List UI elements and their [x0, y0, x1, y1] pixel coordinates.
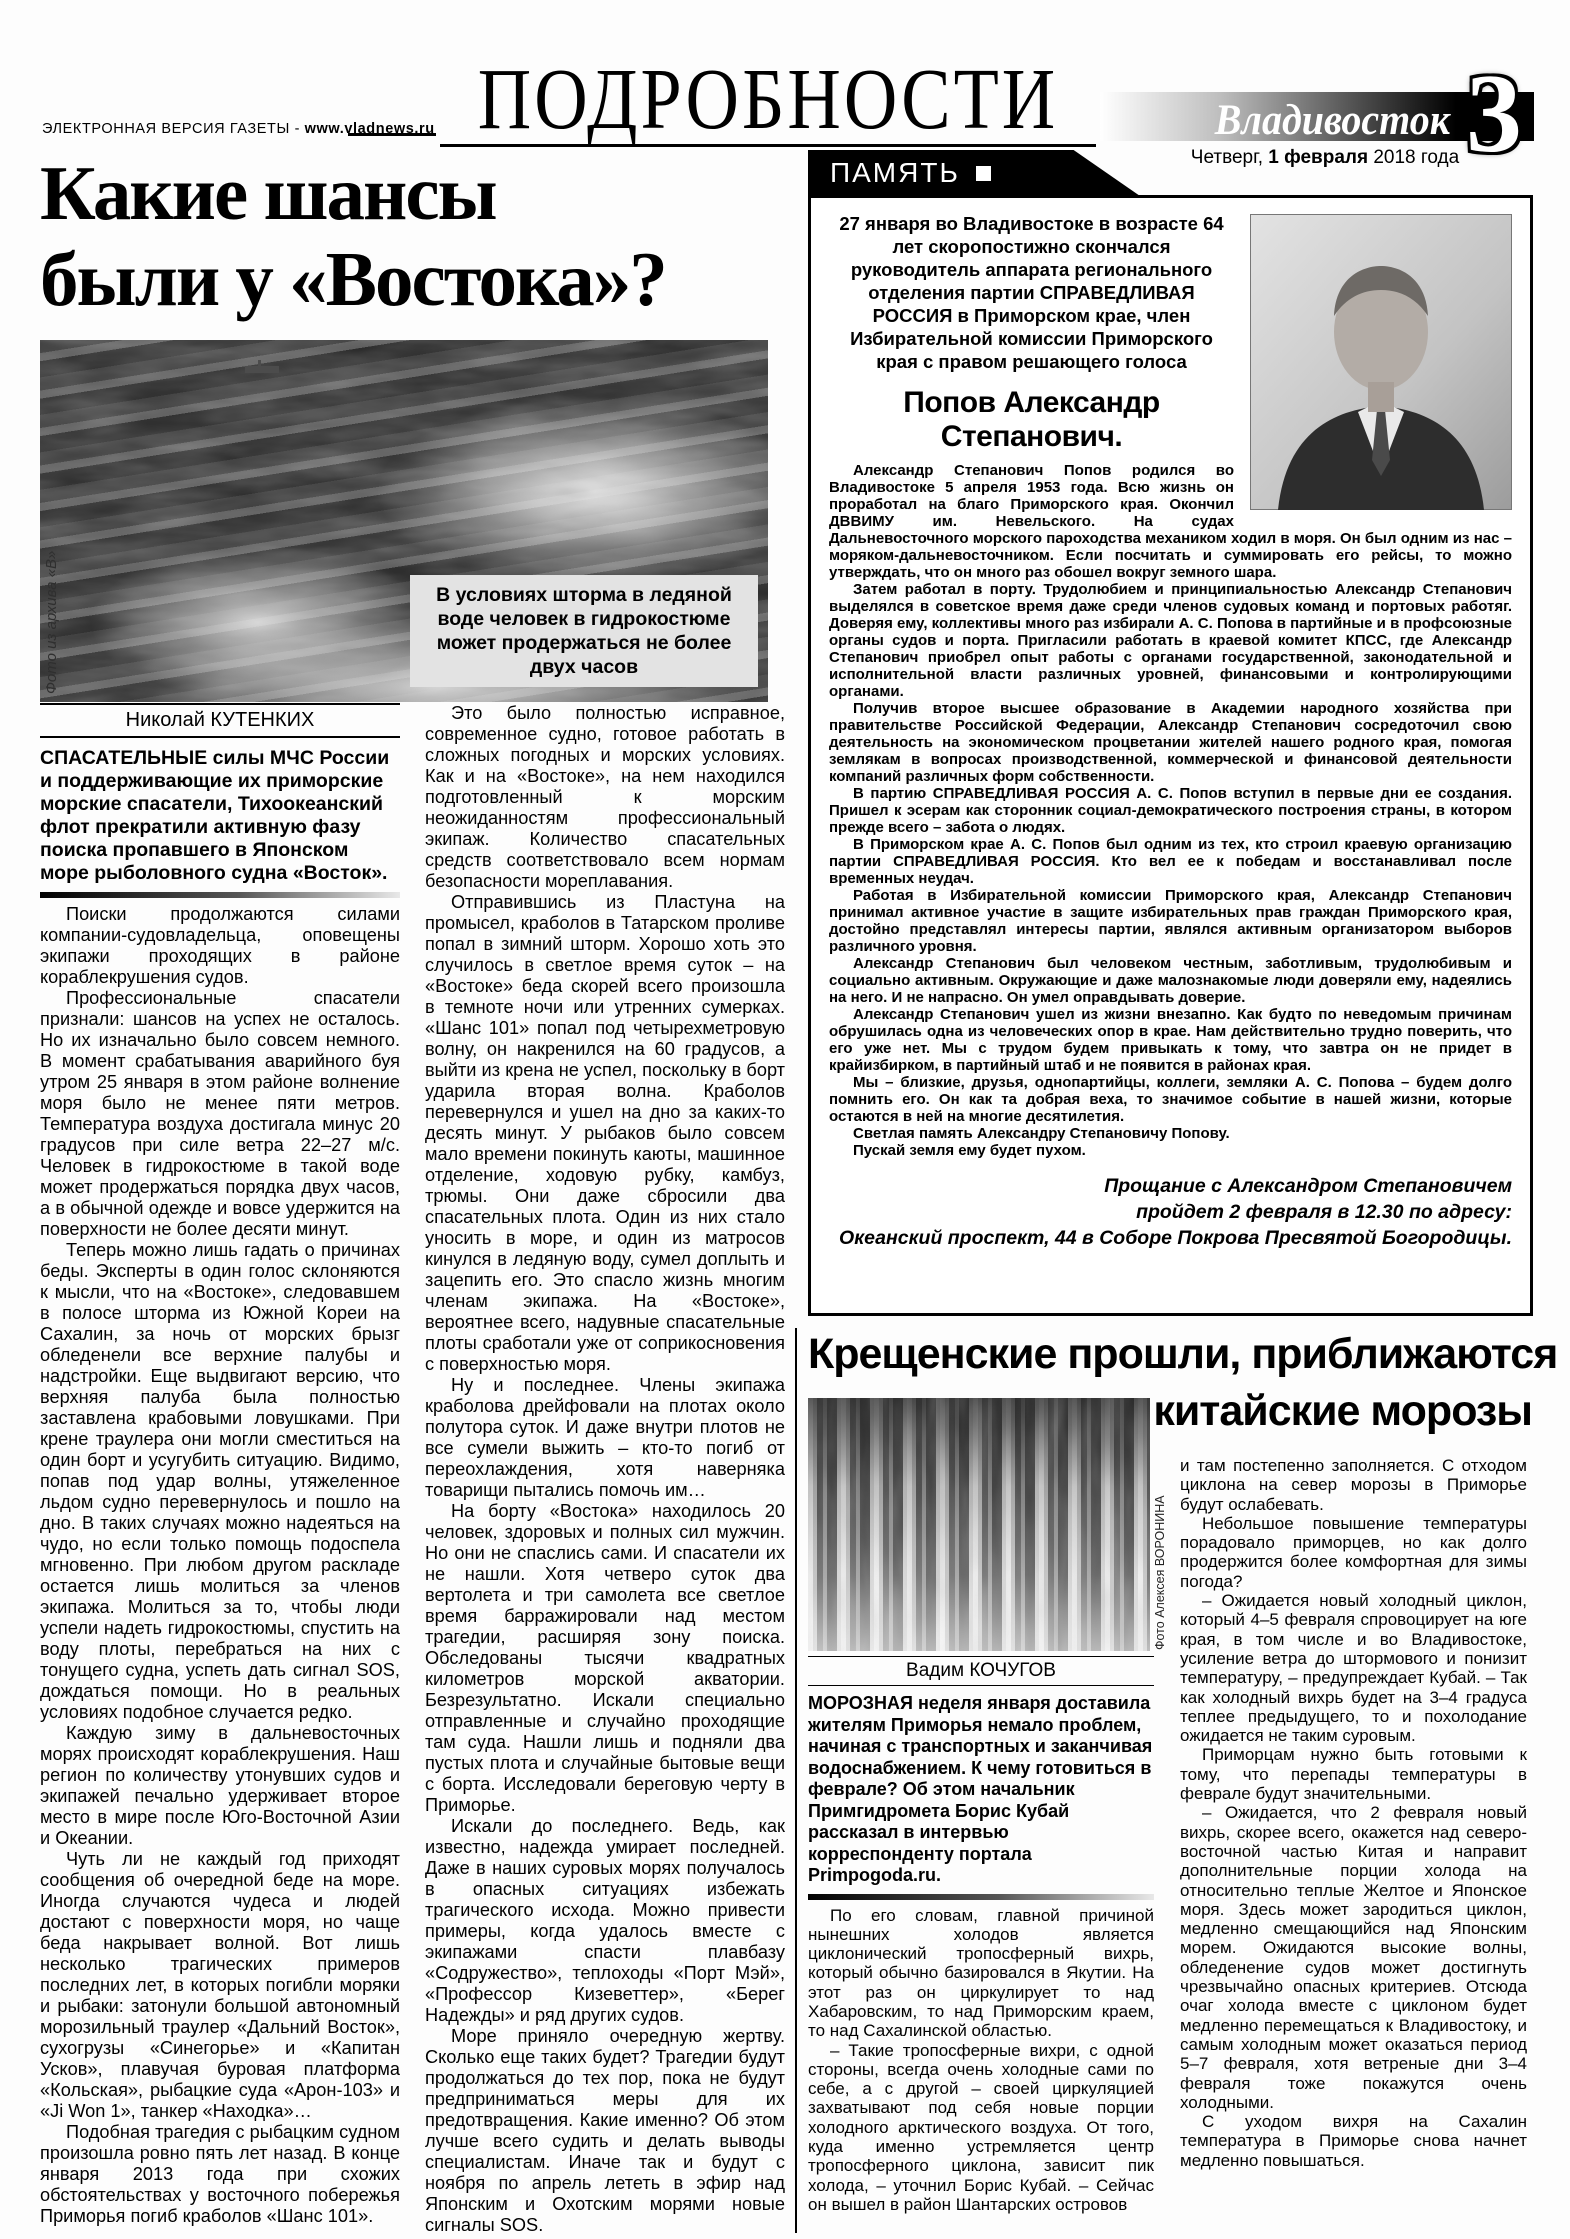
main-article-paragraph: Каждую зиму в дальневосточных морях прои… — [40, 1723, 400, 1849]
obituary-paragraph: Работая в Избирательной комиссии Приморс… — [829, 887, 1512, 955]
masthead-rule — [348, 133, 436, 136]
sea-photo-credit: Фото из архива «В» — [43, 374, 60, 694]
icicle-noise-texture — [808, 1398, 1150, 1651]
newspaper-page: ЭЛЕКТРОННАЯ ВЕРСИЯ ГАЗЕТЫ - www.vladnews… — [0, 0, 1570, 2239]
obituary-box: 27 января во Владивостоке в возрасте 64 … — [808, 195, 1533, 1316]
main-article-paragraph: На борту «Востока» находилось 20 человек… — [425, 1501, 785, 1816]
obituary-paragraph: Пускай земля ему будет пухом. — [829, 1142, 1512, 1159]
section-title: ПОДРОБНОСТИ — [440, 50, 1096, 150]
obituary-paragraph: В партию СПРАВЕДЛИВАЯ РОССИЯ А. С. Попов… — [829, 785, 1512, 836]
weather-col1-body: По его словам, главной причиной нынешних… — [808, 1906, 1154, 2215]
obituary-paragraph: В Приморском крае А. С. Попов был одним … — [829, 836, 1512, 887]
main-article-paragraph: Море приняло очередную жертву. Сколько е… — [425, 2026, 785, 2236]
main-article-lead: СПАСАТЕЛЬНЫЕ силы МЧС России и поддержив… — [40, 747, 400, 885]
main-article-paragraph: Ну и последнее. Члены экипажа краболова … — [425, 1375, 785, 1501]
main-headline-line1: Какие шансы — [40, 150, 772, 236]
sea-photo-caption: В условиях шторма в ледяной воде человек… — [410, 575, 758, 687]
farewell-line3: Океанский проспект, 44 в Соборе Покрова … — [829, 1225, 1512, 1251]
main-article-paragraph: Искали до последнего. Ведь, как известно… — [425, 1816, 785, 2026]
main-article-column1: СПАСАТЕЛЬНЫЕ силы МЧС России и поддержив… — [40, 747, 400, 2227]
distant-ship-silhouette — [245, 366, 279, 373]
weather-col2: и там постепенно заполняется. С отходом … — [1180, 1456, 1527, 2170]
weather-paragraph: Приморцам нужно быть готовыми к тому, чт… — [1180, 1745, 1527, 1803]
main-article-byline: Николай КУТЕНКИХ — [40, 703, 400, 738]
lead-divider-bar — [40, 892, 400, 898]
main-headline-line2: были у «Востока»? — [40, 236, 772, 322]
main-article-paragraph: Поиски продолжаются силами компании-судо… — [40, 904, 400, 988]
weather-lead-divider-bar — [808, 1894, 1154, 1900]
memory-section-tab: ПАМЯТЬ — [808, 150, 1140, 196]
memory-section-marker-icon — [976, 166, 991, 181]
obituary-body: Александр Степанович Попов родился во Вл… — [829, 462, 1512, 1159]
farewell-line2: пройдет 2 февраля в 12.30 по адресу: — [829, 1199, 1512, 1225]
obituary-paragraph: Александр Степанович ушел из жизни внеза… — [829, 1006, 1512, 1074]
obituary-paragraph: Светлая память Александру Степановичу По… — [829, 1125, 1512, 1142]
issue-date-date: 1 февраля — [1268, 147, 1368, 168]
storm-sea-photo: Фото из архива «В» В условиях шторма в л… — [40, 340, 768, 702]
obituary-paragraph: Мы – близкие, друзья, однопартийцы, колл… — [829, 1074, 1512, 1125]
weather-paragraph: – Ожидается, что 2 февраля новый вихрь, … — [1180, 1803, 1527, 2112]
section-title-underline — [440, 144, 1096, 147]
masthead-label: ЭЛЕКТРОННАЯ ВЕРСИЯ ГАЗЕТЫ - — [42, 121, 305, 137]
main-article-column2: Это было полностью исправное, современно… — [425, 703, 785, 2236]
page-number: 3 — [1444, 58, 1544, 170]
weather-lead: МОРОЗНАЯ неделя января доставила жителям… — [808, 1693, 1154, 1887]
weather-headline-line1: Крещенские прошли, приближаются — [808, 1326, 1532, 1383]
weather-paragraph: – Такие тропосферные вихри, с одной стор… — [808, 2041, 1154, 2215]
main-article-paragraph: Это было полностью исправное, современно… — [425, 703, 785, 892]
issue-date-day: Четверг, — [1191, 147, 1268, 168]
obituary-paragraph: Александр Степанович был человеком честн… — [829, 955, 1512, 1006]
newspaper-logo: Владивосток — [1215, 94, 1450, 145]
weather-paragraph: Небольшое повышение температуры порадова… — [1180, 1514, 1527, 1591]
column-divider-rule — [795, 1328, 797, 2233]
weather-paragraph: По его словам, главной причиной нынешних… — [808, 1906, 1154, 2041]
main-col1-body: Поиски продолжаются силами компании-судо… — [40, 904, 400, 2227]
icicles-photo-credit: Фото Алексея ВОРОНИНА — [1153, 1400, 1167, 1650]
main-article-paragraph: Подобная трагедия с рыбацким судном прои… — [40, 2122, 400, 2227]
weather-byline: Вадим КОЧУГОВ — [808, 1656, 1154, 1686]
main-article-paragraph: Отправившись из Пластуна на промысел, кр… — [425, 892, 785, 1375]
main-article-headline: Какие шансы были у «Востока»? — [40, 150, 772, 322]
weather-paragraph: и там постепенно заполняется. С отходом … — [1180, 1456, 1527, 1514]
memory-tab-label: ПАМЯТЬ — [830, 157, 960, 189]
farewell-line1: Прощание с Александром Степановичем — [829, 1173, 1512, 1199]
farewell-notice: Прощание с Александром Степановичем прой… — [829, 1173, 1512, 1251]
main-article-paragraph: Чуть ли не каждый год приходят сообщения… — [40, 1849, 400, 2122]
weather-column1: Вадим КОЧУГОВ МОРОЗНАЯ неделя января дос… — [808, 1656, 1154, 2214]
main-article-paragraph: Профессиональные спасатели признали: шан… — [40, 988, 400, 1240]
weather-paragraph: С уходом вихря на Сахалин температура в … — [1180, 2112, 1527, 2170]
weather-paragraph: – Ожидается новый холодный циклон, котор… — [1180, 1591, 1527, 1745]
obituary-paragraph: Затем работал в порту. Трудолюбием и при… — [829, 581, 1512, 700]
main-article-paragraph: Теперь можно лишь гадать о причинах беды… — [40, 1240, 400, 1723]
obituary-paragraph: Получив второе высшее образование в Акад… — [829, 700, 1512, 785]
icicles-photo — [808, 1398, 1150, 1651]
deceased-portrait-photo — [1250, 214, 1512, 510]
